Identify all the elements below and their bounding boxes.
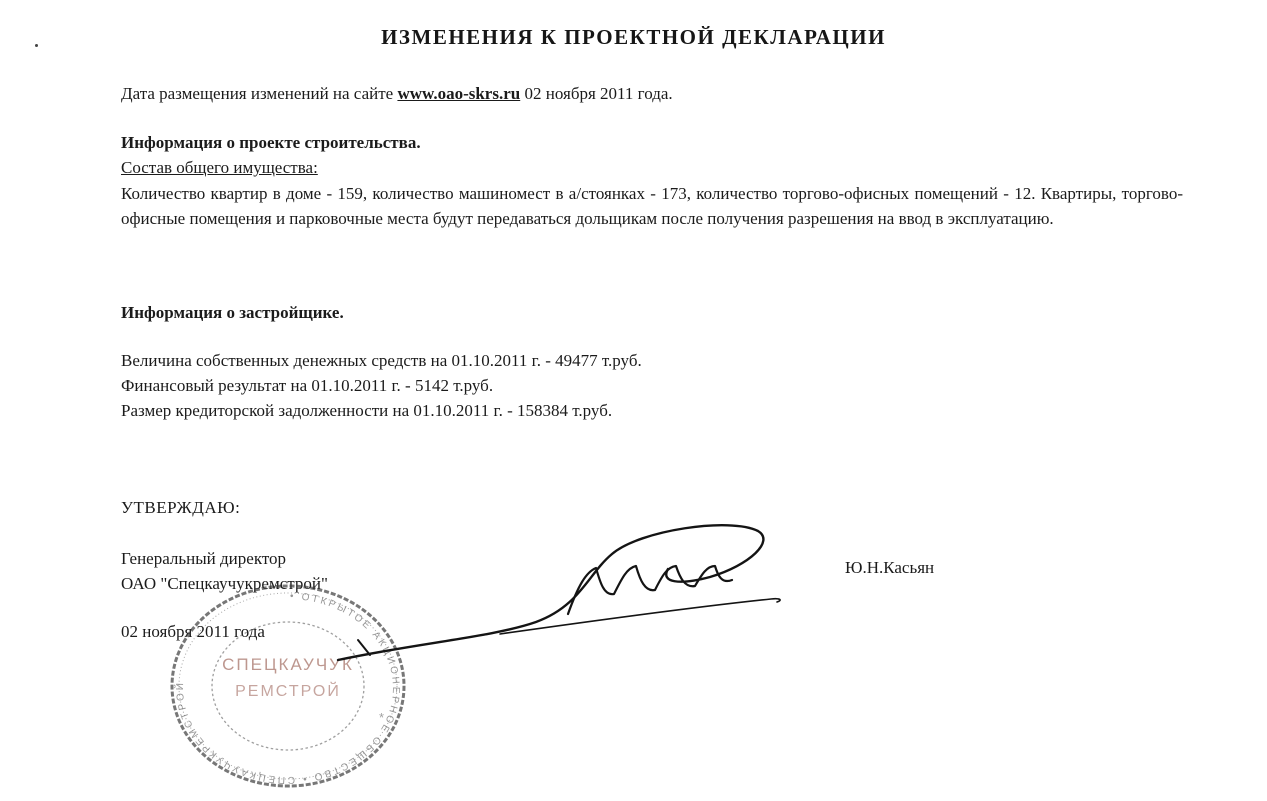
date-line-suffix: 02 ноября 2011 года.	[520, 84, 672, 103]
signer-name: Ю.Н.Касьян	[845, 558, 934, 578]
approve-label: УТВЕРЖДАЮ:	[121, 498, 240, 518]
stamp-star-glyph: *	[379, 710, 384, 725]
date-line-prefix: Дата размещения изменений на сайте	[121, 84, 397, 103]
signature-stroke-main	[338, 525, 763, 660]
financial-line-payables: Размер кредиторской задолженности на 01.…	[121, 398, 642, 423]
project-info-paragraph: Количество квартир в доме - 159, количес…	[121, 182, 1183, 231]
developer-financials: Величина собственных денежных средств на…	[121, 348, 642, 423]
publication-date-line: Дата размещения изменений на сайте www.o…	[121, 84, 673, 104]
director-position-line1: Генеральный директор	[121, 546, 328, 571]
scanned-document-page: ИЗМЕНЕНИЯ К ПРОЕКТНОЙ ДЕКЛАРАЦИИ Дата ра…	[0, 0, 1267, 801]
handwritten-signature	[328, 512, 793, 687]
website-link: www.oao-skrs.ru	[397, 84, 520, 103]
financial-line-result: Финансовый результат на 01.10.2011 г. - …	[121, 373, 642, 398]
financial-line-own-funds: Величина собственных денежных средств на…	[121, 348, 642, 373]
common-property-subheading: Состав общего имущества:	[121, 158, 318, 178]
document-title: ИЗМЕНЕНИЯ К ПРОЕКТНОЙ ДЕКЛАРАЦИИ	[0, 25, 1267, 50]
project-info-heading: Информация о проекте строительства.	[121, 133, 421, 153]
stamp-center-line2: РЕМСТРОЙ	[235, 681, 341, 700]
signature-stroke-tick	[358, 640, 370, 655]
signature-stroke-underline	[500, 599, 780, 634]
developer-info-heading: Информация о застройщике.	[121, 303, 344, 323]
